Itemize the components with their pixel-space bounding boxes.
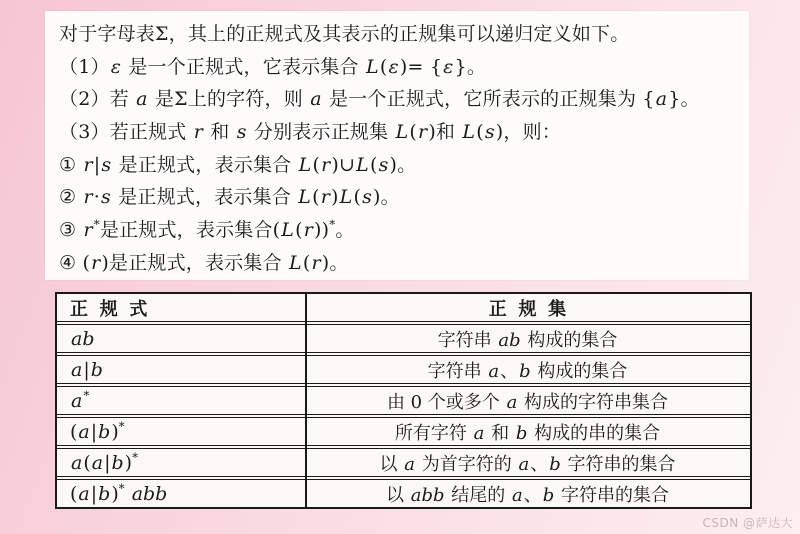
table-row: (a|b)* abb 以 abb 结尾的 a、b 字符串的集合 xyxy=(57,479,750,507)
definition-rule-3-1: ① r|s 是正规式，表示集合 L(r)∪L(s)。 xyxy=(59,149,745,182)
definition-rule-3: （3）若正规式 r 和 s 分别表示正规集 L(r)和 L(s)，则： xyxy=(59,116,745,149)
definition-rule-1: （1）ε 是一个正规式，它表示集合 L(ε)= {ε}。 xyxy=(59,51,745,84)
regex-cell: a|b xyxy=(57,359,305,381)
column-header-set: 正规集 xyxy=(305,295,750,321)
regex-cell: (a|b)* abb xyxy=(57,483,305,505)
regex-cell: a(a|b)* xyxy=(57,452,305,474)
regex-cell: ab xyxy=(57,328,305,350)
set-cell: 以 a 为首字符的 a、b 字符串的集合 xyxy=(305,450,750,476)
table-header-row: 正规式 正规集 xyxy=(57,294,750,322)
regex-set-table: 正规式 正规集 ab 字符串 ab 构成的集合 a|b 字符串 a、b 构成的集… xyxy=(55,292,752,509)
set-cell: 字符串 ab 构成的集合 xyxy=(305,326,750,352)
set-cell: 所有字符 a 和 b 构成的串的集合 xyxy=(305,419,750,445)
definition-box: 对于字母表Σ，其上的正规式及其表示的正规集可以递归定义如下。 （1）ε 是一个正… xyxy=(45,11,749,280)
table-row: ab 字符串 ab 构成的集合 xyxy=(57,324,750,353)
table-row: a* 由 0 个或多个 a 构成的字符串集合 xyxy=(57,386,750,415)
table-row: a|b 字符串 a、b 构成的集合 xyxy=(57,355,750,384)
definition-intro-line: 对于字母表Σ，其上的正规式及其表示的正规集可以递归定义如下。 xyxy=(59,18,745,51)
page: 对于字母表Σ，其上的正规式及其表示的正规集可以递归定义如下。 （1）ε 是一个正… xyxy=(0,0,800,534)
table-column-divider xyxy=(305,294,307,507)
regex-cell: a* xyxy=(57,390,305,412)
definition-rule-3-4: ④ (r)是正规式，表示集合 L(r)。 xyxy=(59,247,745,280)
regex-cell: (a|b)* xyxy=(57,421,305,443)
set-cell: 字符串 a、b 构成的集合 xyxy=(305,357,750,383)
watermark: CSDN @萨达大 xyxy=(702,514,793,531)
table-row: a(a|b)* 以 a 为首字符的 a、b 字符串的集合 xyxy=(57,448,750,477)
set-cell: 由 0 个或多个 a 构成的字符串集合 xyxy=(305,388,750,414)
definition-rule-3-3: ③ r*是正规式，表示集合(L(r))*。 xyxy=(59,214,745,247)
set-cell: 以 abb 结尾的 a、b 字符串的集合 xyxy=(305,481,750,507)
table-row: (a|b)* 所有字符 a 和 b 构成的串的集合 xyxy=(57,417,750,446)
definition-rule-2: （2）若 a 是Σ上的字符，则 a 是一个正规式，它所表示的正规集为 {a}。 xyxy=(59,83,745,116)
definition-rule-3-2: ② r·s 是正规式，表示集合 L(r)L(s)。 xyxy=(59,181,745,214)
column-header-regex: 正规式 xyxy=(57,295,305,321)
